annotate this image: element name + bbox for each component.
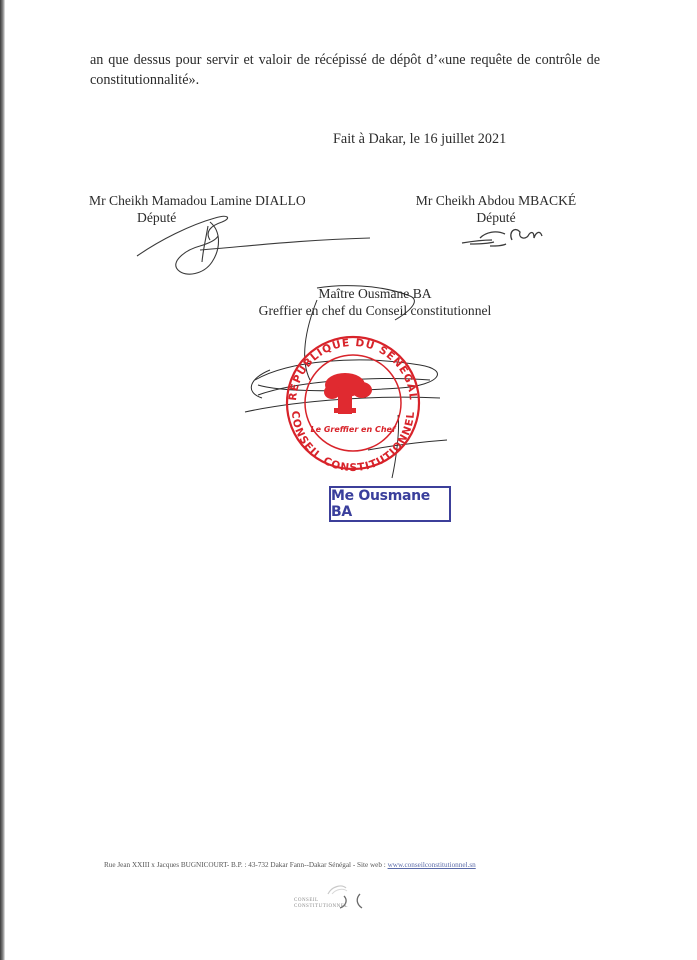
- footer-logo: CONSEIL CONSTITUTIONNEL: [290, 880, 390, 920]
- signatory-diallo: Mr Cheikh Mamadou Lamine DIALLO Député: [89, 192, 306, 226]
- svg-text:Le Greffier en Chef: Le Greffier en Chef: [311, 425, 397, 434]
- greffier-name: Maître Ousmane BA: [240, 285, 510, 302]
- signatory-title: Député: [137, 209, 306, 226]
- footer-address-text: Rue Jean XXIII x Jacques BUGNICOURT- B.P…: [104, 861, 388, 869]
- logo-line-2: CONSTITUTIONNEL: [294, 904, 348, 910]
- signatory-mbacke: Mr Cheikh Abdou MBACKÉ Député: [408, 192, 584, 226]
- paragraph-line-1: an que dessus pour servir et valoir de r…: [90, 50, 600, 70]
- signature-mbacke-icon: [462, 230, 542, 246]
- name-stamp-text: Me Ousmane BA: [331, 488, 449, 520]
- body-paragraph: an que dessus pour servir et valoir de r…: [90, 50, 600, 90]
- svg-text:RÉPUBLIQUE DU SÉNÉGAL: RÉPUBLIQUE DU SÉNÉGAL: [287, 337, 419, 401]
- place-date: Fait à Dakar, le 16 juillet 2021: [333, 131, 506, 148]
- greffier-block: Maître Ousmane BA Greffier en chef du Co…: [240, 285, 510, 319]
- svg-text:CONSEIL CONSTITUTIONNEL: CONSEIL CONSTITUTIONNEL: [289, 410, 417, 474]
- signatory-title: Député: [408, 209, 584, 226]
- footer-address: Rue Jean XXIII x Jacques BUGNICOURT- B.P…: [104, 861, 584, 869]
- paragraph-line-2: constitutionnalité».: [90, 70, 600, 90]
- official-seal-icon: RÉPUBLIQUE DU SÉNÉGAL CONSEIL CONSTITUTI…: [287, 337, 419, 474]
- signatory-name: Mr Cheikh Mamadou Lamine DIALLO: [89, 192, 306, 209]
- footer-website-link[interactable]: www.conseilconstitutionnel.sn: [388, 861, 476, 869]
- page-edge-shadow: [0, 0, 5, 960]
- name-stamp: Me Ousmane BA: [329, 486, 451, 522]
- greffier-title: Greffier en chef du Conseil constitution…: [240, 302, 510, 319]
- signatory-name: Mr Cheikh Abdou MBACKÉ: [408, 192, 584, 209]
